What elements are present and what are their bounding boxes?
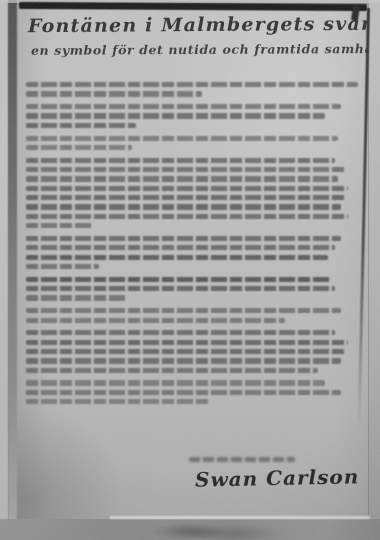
text-line: [26, 136, 338, 141]
paragraph-illegible: [26, 277, 358, 301]
text-line: [26, 340, 348, 345]
text-line: [26, 380, 325, 385]
text-line: [26, 390, 341, 395]
paragraph-illegible: [26, 82, 358, 97]
text-line: [26, 223, 92, 228]
dateline-illegible: [189, 457, 295, 462]
text-line: [26, 277, 331, 282]
body-text-block: [26, 82, 358, 412]
text-line: [26, 82, 358, 87]
paragraph-illegible: [26, 236, 358, 269]
text-line: [26, 204, 341, 209]
text-line: [26, 264, 99, 269]
document-paper: Fontänen i Malmbergets svanpark en symbo…: [15, 5, 368, 519]
paper-left-edge-shadow: [8, 0, 17, 540]
text-line: [26, 295, 126, 300]
photograph-of-document: Fontänen i Malmbergets svanpark en symbo…: [0, 0, 380, 540]
text-line: [26, 255, 328, 260]
text-line: [26, 113, 325, 118]
photo-right-margin: [369, 0, 380, 540]
text-line: [26, 368, 318, 373]
text-line: [26, 91, 202, 96]
photo-left-margin: [0, 0, 8, 540]
text-line: [26, 186, 348, 191]
paragraph-illegible: [26, 308, 358, 323]
paragraph-illegible: [26, 104, 358, 128]
paragraph-illegible: [26, 330, 358, 373]
text-line: [26, 399, 209, 404]
text-line: [26, 214, 348, 219]
text-line: [26, 104, 341, 109]
paragraph-illegible: [26, 158, 358, 229]
text-line: [26, 158, 335, 163]
signature: Swan Carlson: [195, 464, 360, 491]
text-line: [26, 167, 345, 172]
text-line: [26, 286, 335, 291]
text-line: [26, 145, 132, 150]
text-line: [26, 308, 341, 313]
text-line: [26, 236, 341, 241]
text-line: [26, 176, 338, 181]
text-line: [26, 123, 136, 128]
paper-bottom-edge-highlight: [110, 516, 370, 519]
document-subtitle: en symbol för det nutida och framtida sa…: [31, 41, 361, 58]
text-line: [26, 245, 335, 250]
paragraph-illegible: [26, 136, 358, 151]
text-line: [26, 349, 345, 354]
document-title: Fontänen i Malmbergets svanpark: [28, 13, 368, 37]
text-line: [26, 195, 345, 200]
text-line: [26, 330, 335, 335]
photo-bottom-area: [0, 519, 380, 540]
paragraph-illegible: [26, 380, 358, 404]
text-line: [26, 358, 341, 363]
text-line: [26, 318, 285, 323]
